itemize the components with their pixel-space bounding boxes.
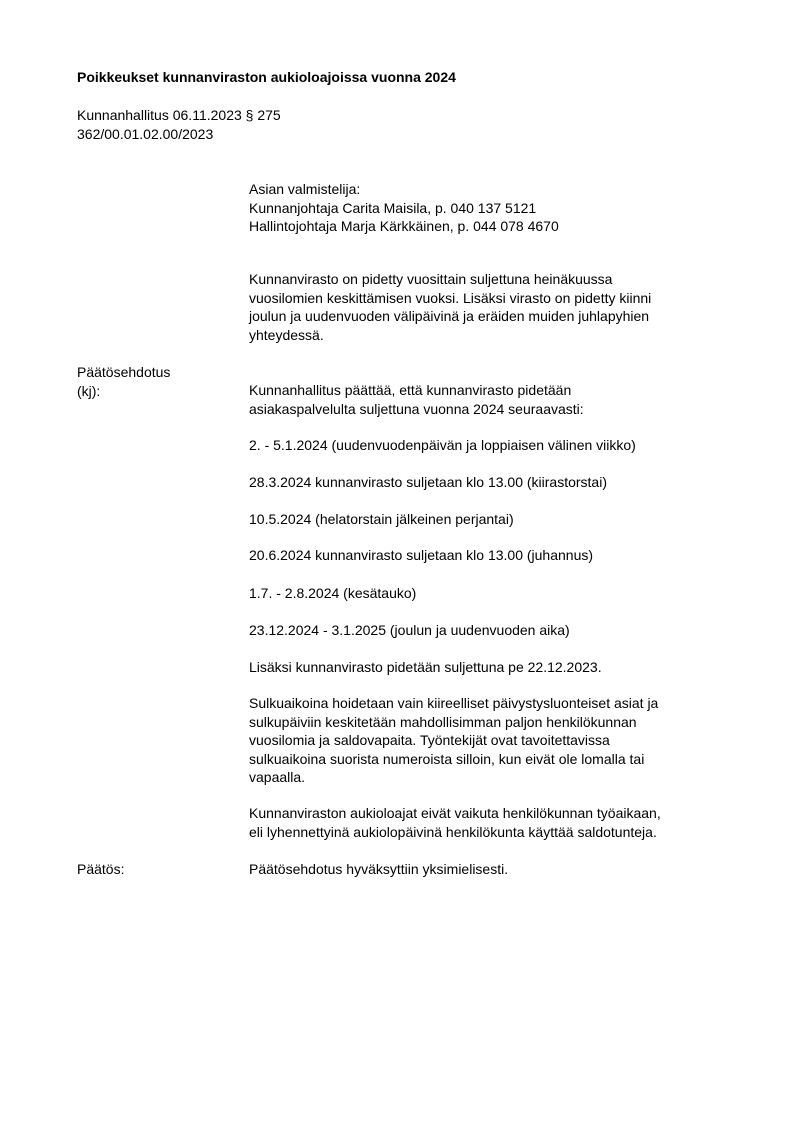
proposal-label-line1: Päätösehdotus [77,363,170,382]
closure-notes-line: sulkupäiviin keskitetään mahdollisimman … [249,713,658,732]
decision-text: Päätösehdotus hyväksyttiin yksimielisest… [249,860,508,879]
proposal-intro-line: asiakaspalvelulta suljettuna vuonna 2024… [249,400,584,419]
proposal-intro: Kunnanhallitus päättää, että kunnanviras… [249,381,584,418]
hours-notes-paragraph: Kunnanviraston aukioloajat eivät vaikuta… [249,804,661,841]
preparer-2: Hallintojohtaja Marja Kärkkäinen, p. 044… [249,217,559,236]
meeting-info: Kunnanhallitus 06.11.2023 § 275 362/00.0… [77,106,281,143]
decision-label: Päätös: [77,860,124,879]
closure-item: 2. - 5.1.2024 (uudenvuodenpäivän ja lopp… [249,436,636,455]
hours-notes-line: eli lyhennettyinä aukiolopäivinä henkilö… [249,823,661,842]
preparers-heading: Asian valmistelija: [249,180,559,199]
closure-item: 28.3.2024 kunnanvirasto suljetaan klo 13… [249,473,607,492]
additional-closure: Lisäksi kunnanvirasto pidetään suljettun… [249,658,602,677]
document-title: Poikkeukset kunnanviraston aukioloajoiss… [77,68,456,87]
closure-item: 10.5.2024 (helatorstain jälkeinen perjan… [249,510,514,529]
proposal-label-line2: (kj): [77,382,170,401]
background-line: joulun ja uudenvuoden välipäivinä ja erä… [249,307,651,326]
hours-notes-line: Kunnanviraston aukioloajat eivät vaikuta… [249,804,661,823]
closure-notes-line: sulkuaikoina suorista numeroista silloin… [249,750,658,769]
closure-item: 23.12.2024 - 3.1.2025 (joulun ja uudenvu… [249,621,570,640]
document-page: Poikkeukset kunnanviraston aukioloajoiss… [0,0,794,1122]
meeting-reference: Kunnanhallitus 06.11.2023 § 275 [77,106,281,125]
closure-notes-line: Sulkuaikoina hoidetaan vain kiireelliset… [249,694,658,713]
closure-notes-paragraph: Sulkuaikoina hoidetaan vain kiireelliset… [249,694,658,787]
closure-item: 1.7. - 2.8.2024 (kesätauko) [249,584,416,603]
background-line: vuosilomien keskittämisen vuoksi. Lisäks… [249,289,651,308]
preparer-1: Kunnanjohtaja Carita Maisila, p. 040 137… [249,199,559,218]
closure-item: 20.6.2024 kunnanvirasto suljetaan klo 13… [249,546,593,565]
background-paragraph: Kunnanvirasto on pidetty vuosittain sulj… [249,270,651,344]
closure-notes-line: vuosilomia ja saldovapaita. Työntekijät … [249,731,658,750]
background-line: Kunnanvirasto on pidetty vuosittain sulj… [249,270,651,289]
proposal-intro-line: Kunnanhallitus päättää, että kunnanviras… [249,381,584,400]
record-number: 362/00.01.02.00/2023 [77,125,281,144]
preparers-block: Asian valmistelija: Kunnanjohtaja Carita… [249,180,559,236]
closure-notes-line: vapaalla. [249,768,658,787]
background-line: yhteydessä. [249,326,651,345]
proposal-label: Päätösehdotus (kj): [77,363,170,400]
